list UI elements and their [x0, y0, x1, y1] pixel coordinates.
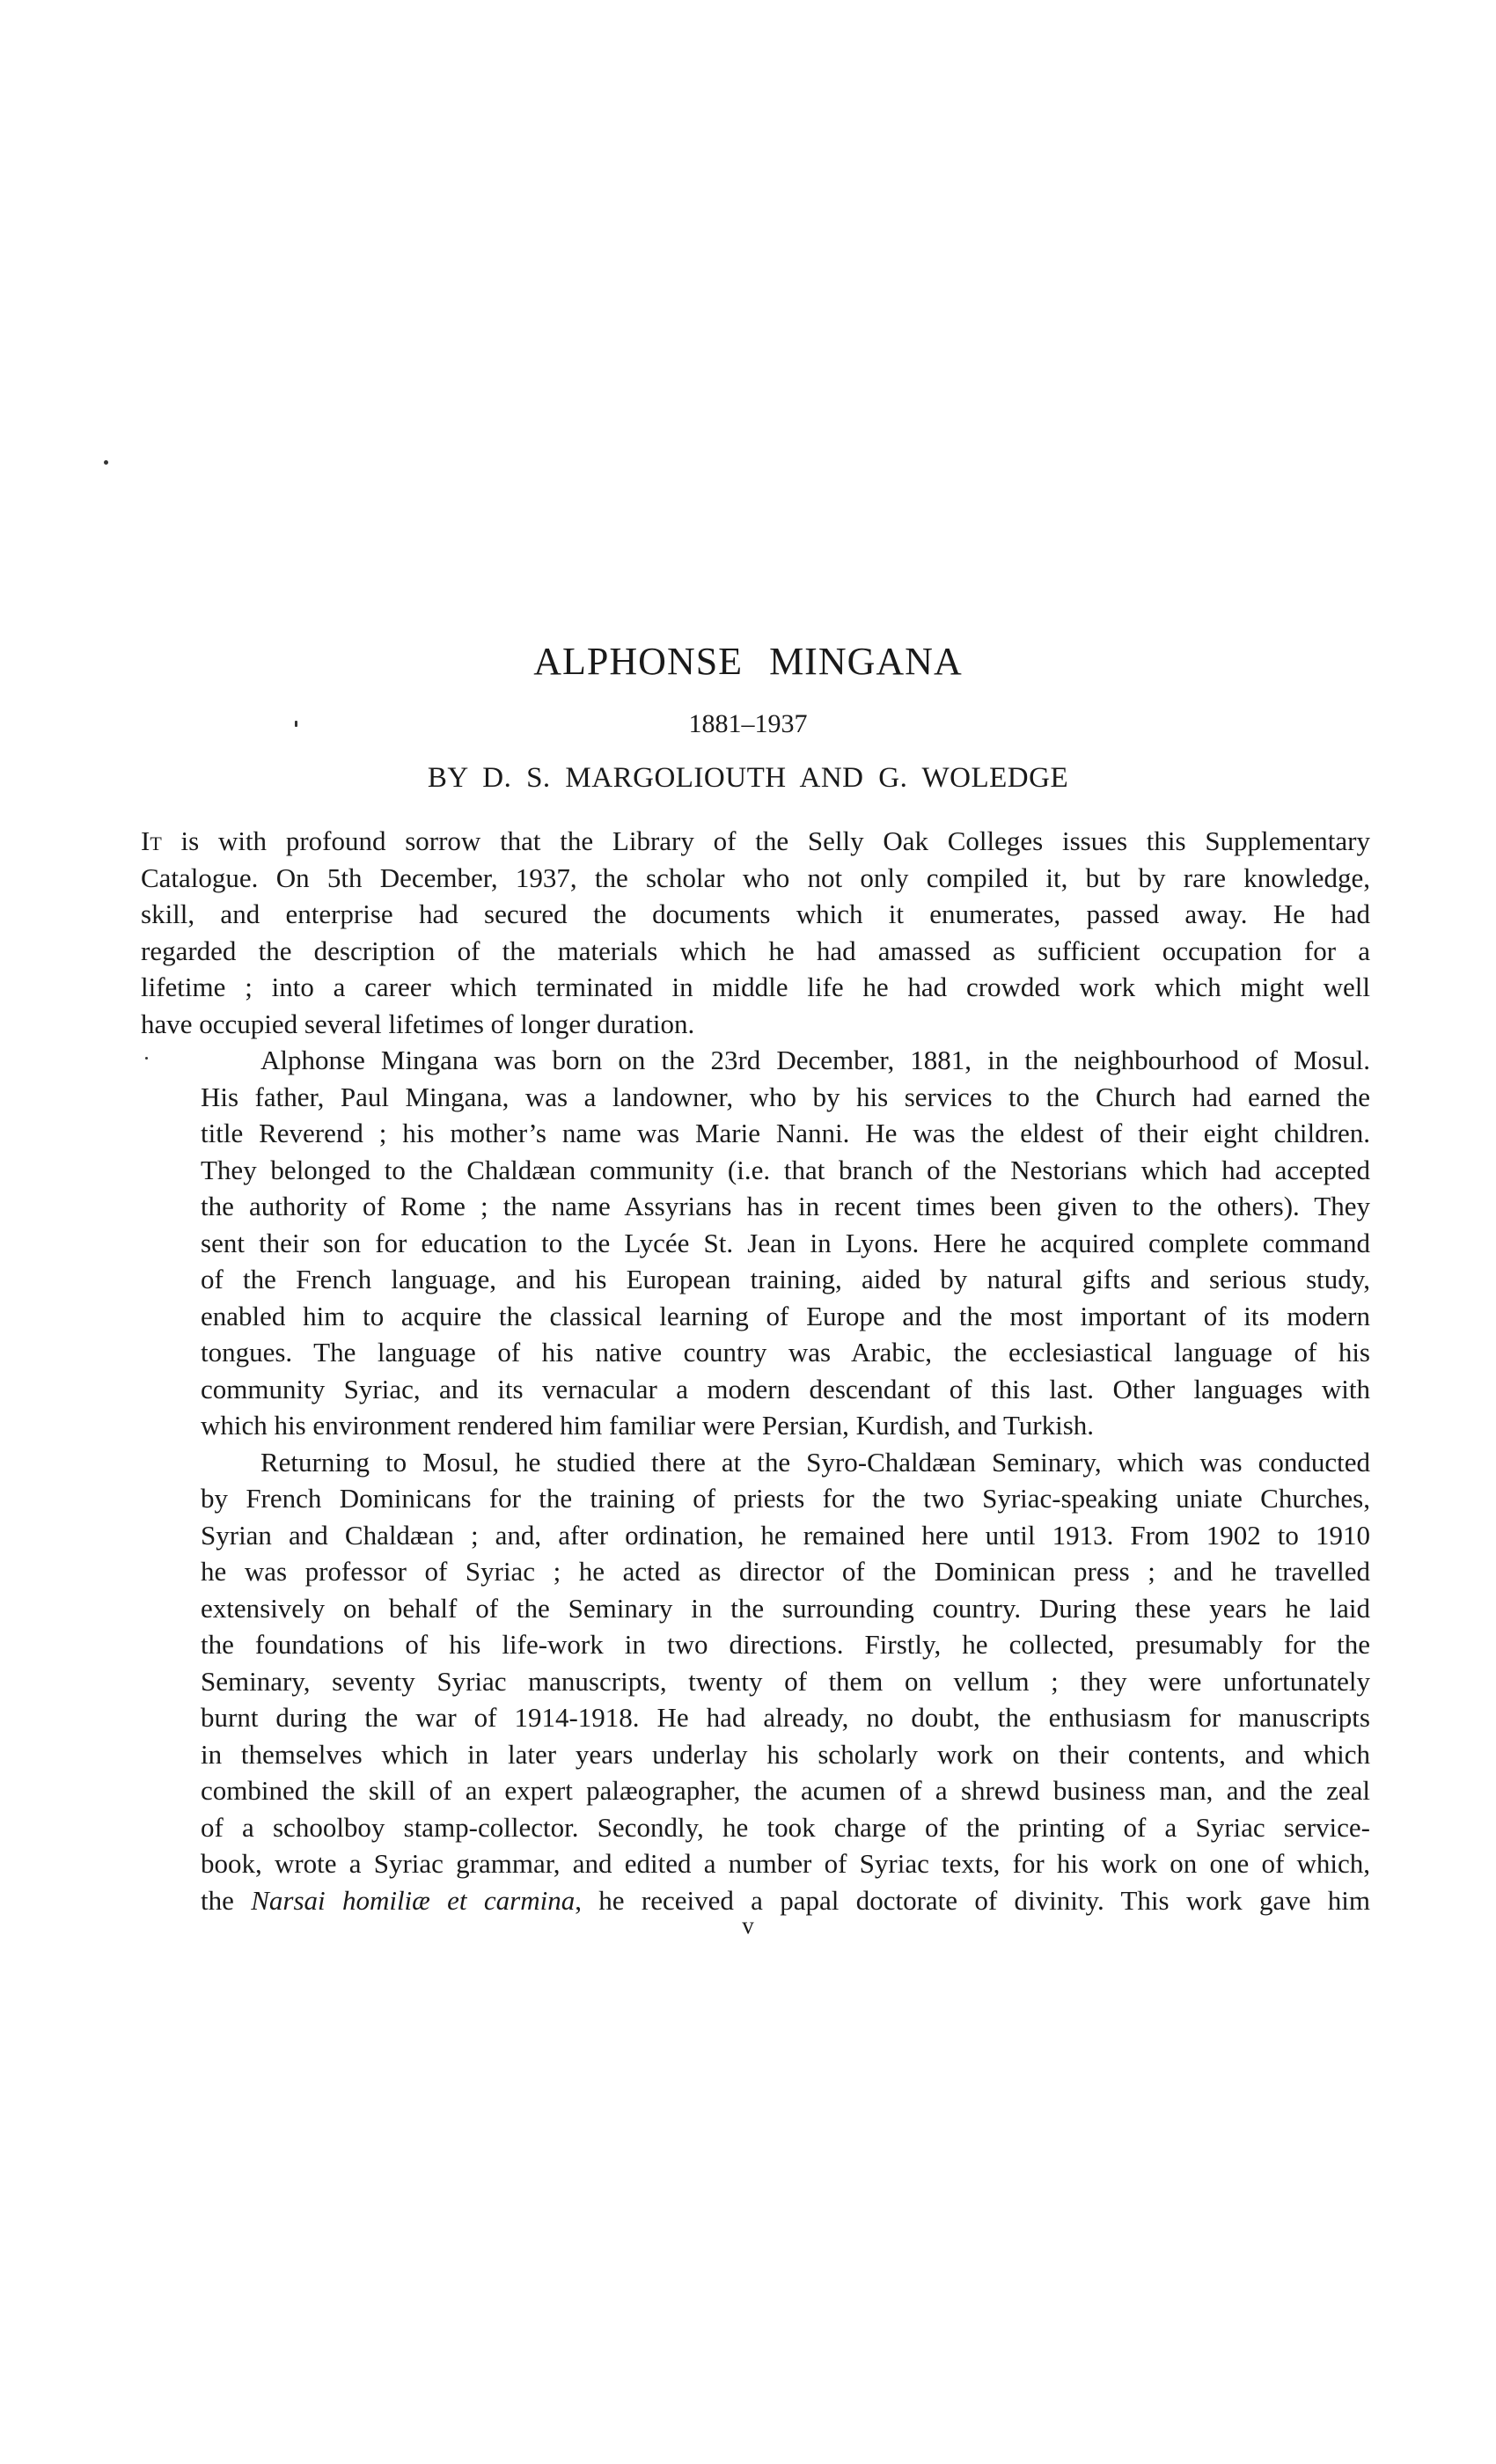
drop-smallcaps: It — [141, 825, 162, 856]
text-line: by French Dominicans for the training of… — [141, 1480, 1370, 1517]
page-title: ALPHONSE MINGANA — [0, 635, 1496, 688]
text-line: have occupied several lifetimes of longe… — [141, 1006, 1370, 1043]
text-line: in themselves which in later years under… — [141, 1736, 1370, 1773]
text-line: lifetime ; into a career which terminate… — [141, 969, 1370, 1006]
text-line: burnt during the war of 1914-1918. He ha… — [141, 1699, 1370, 1736]
title-first-name: ALPHONSE — [533, 640, 743, 683]
text-line: sent their son for education to the Lycé… — [141, 1225, 1370, 1262]
article-body: It is with profound sorrow that the Libr… — [141, 823, 1370, 1918]
text-line: community Syriac, and its vernacular a m… — [141, 1371, 1370, 1408]
text-line: of the French language, and his European… — [141, 1261, 1370, 1298]
text-line: Returning to Mosul, he studied there at … — [141, 1444, 1370, 1481]
text-line: Seminary, seventy Syriac manuscripts, tw… — [141, 1663, 1370, 1700]
text-line: Alphonse Mingana was born on the 23rd De… — [141, 1042, 1370, 1079]
scan-speck — [104, 460, 108, 465]
text-line: title Reverend ; his mother’s name was M… — [141, 1115, 1370, 1152]
text-line: regarded the description of the material… — [141, 933, 1370, 970]
paragraph-3: Returning to Mosul, he studied there at … — [141, 1444, 1370, 1919]
byline: BY D. S. MARGOLIOUTH AND G. WOLEDGE — [0, 759, 1496, 797]
text-line: tongues. The language of his native coun… — [141, 1334, 1370, 1371]
text-line: the foundations of his life-work in two … — [141, 1626, 1370, 1663]
text-line: Catalogue. On 5th December, 1937, the sc… — [141, 860, 1370, 897]
paragraph-1: It is with profound sorrow that the Libr… — [141, 823, 1370, 1042]
page-number: v — [0, 1910, 1496, 1941]
text-line: he was professor of Syriac ; he acted as… — [141, 1553, 1370, 1590]
text-line: It is with profound sorrow that the Libr… — [141, 823, 1370, 860]
text-line: enabled him to acquire the classical lea… — [141, 1298, 1370, 1335]
text-line: combined the skill of an expert palæogra… — [141, 1772, 1370, 1809]
text-line: They belonged to the Chaldæan community … — [141, 1152, 1370, 1189]
text-line: His father, Paul Mingana, was a landowne… — [141, 1079, 1370, 1116]
paragraph-2: Alphonse Mingana was born on the 23rd De… — [141, 1042, 1370, 1444]
text-line: book, wrote a Syriac grammar, and edited… — [141, 1845, 1370, 1882]
title-last-name: MINGANA — [769, 640, 963, 683]
text-line: the authority of Rome ; the name Assyria… — [141, 1188, 1370, 1225]
life-dates: 1881–1937 — [0, 707, 1496, 742]
text-line: extensively on behalf of the Seminary in… — [141, 1590, 1370, 1627]
text-line: skill, and enterprise had secured the do… — [141, 896, 1370, 933]
text-line: of a schoolboy stamp-collector. Secondly… — [141, 1809, 1370, 1846]
text-line: which his environment rendered him famil… — [141, 1407, 1370, 1444]
text-line: Syrian and Chaldæan ; and, after ordinat… — [141, 1517, 1370, 1554]
